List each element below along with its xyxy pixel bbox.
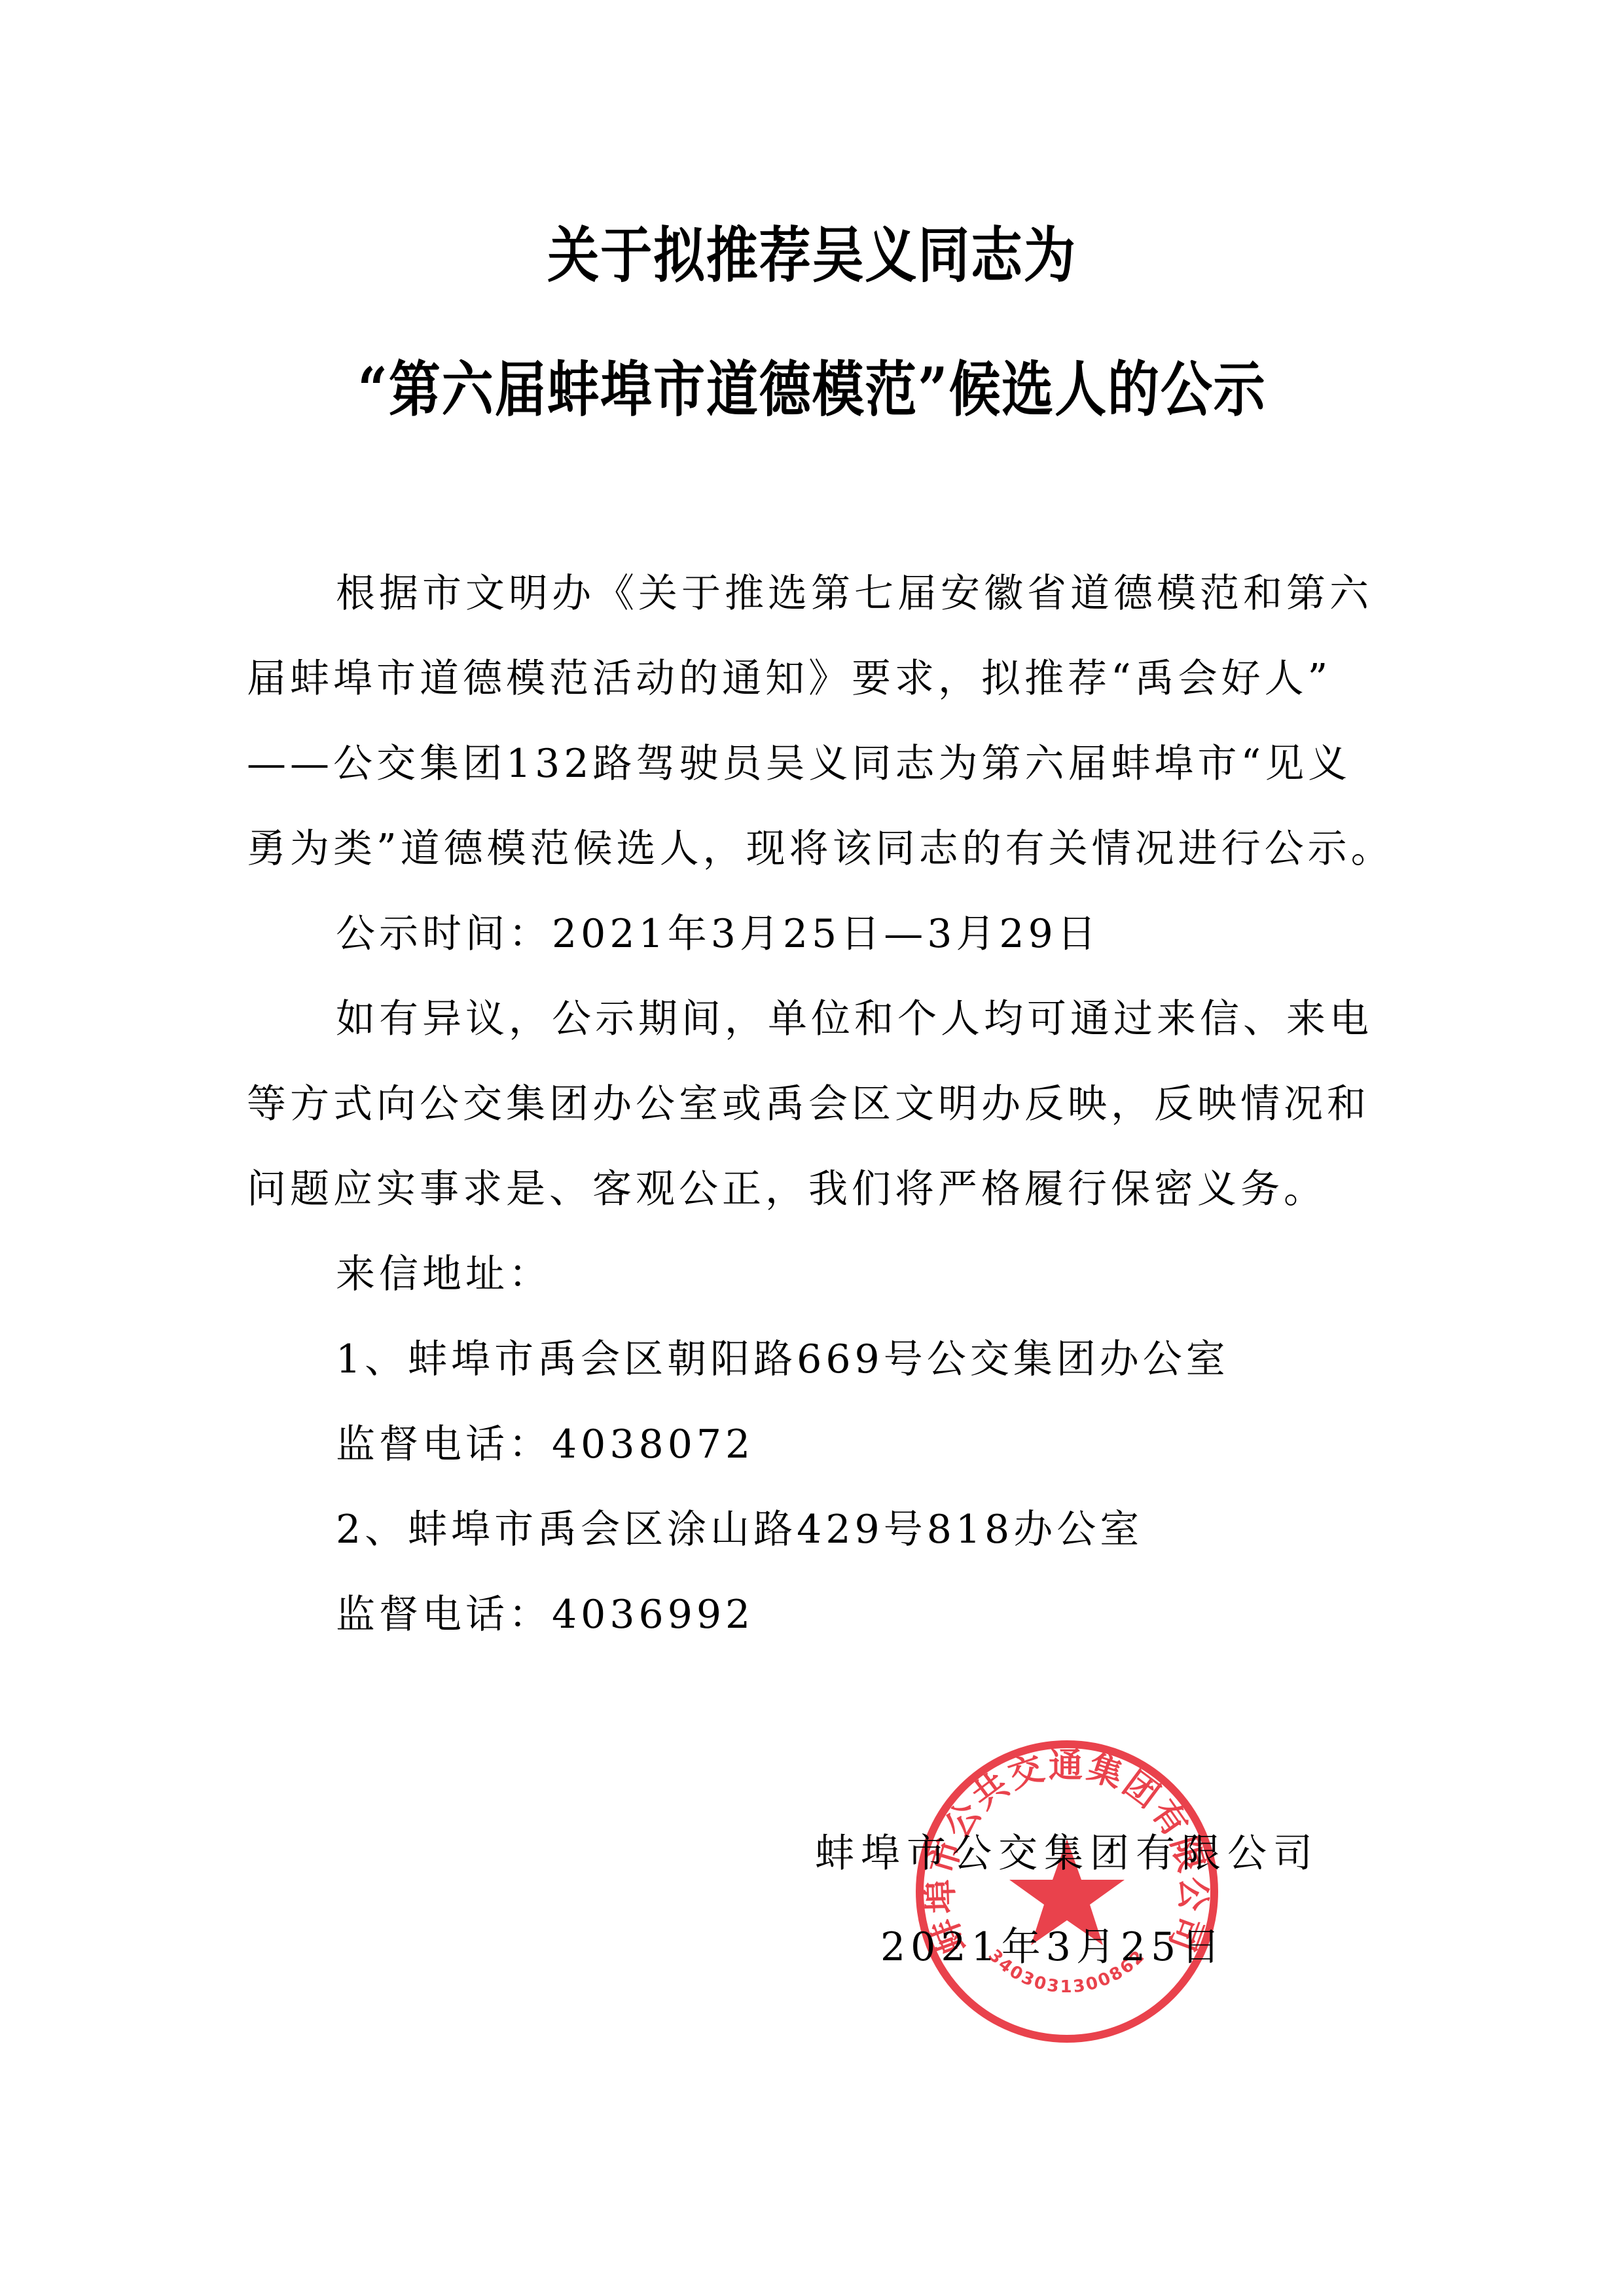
title-line-2: “第六届蚌埠市道德模范”候选人的公示: [114, 353, 1511, 425]
address-label: 来信地址：: [247, 1232, 1386, 1317]
publicity-period: 公示时间：2021年3月25日—3月29日: [247, 891, 1386, 977]
intro-line-1: 根据市文明办《关于推选第七届安徽省道德模范和第六: [247, 551, 1386, 636]
address-2: 2、蚌埠市禹会区涂山路429号818办公室: [247, 1487, 1386, 1572]
document-body: 根据市文明办《关于推选第七届安徽省道德模范和第六 届蚌埠市道德模范活动的通知》要…: [247, 551, 1386, 1657]
star-icon: [1009, 1839, 1125, 1945]
address-1: 1、蚌埠市禹会区朝阳路669号公交集团办公室: [247, 1317, 1386, 1402]
intro-line-2: 届蚌埠市道德模范活动的通知》要求，拟推荐“禹会好人”: [247, 636, 1386, 721]
objection-line-3: 问题应实事求是、客观公正，我们将严格履行保密义务。: [247, 1147, 1386, 1232]
seal-code: 3403031300862: [984, 1946, 1150, 1997]
intro-line-3: ——公交集团132路驾驶员吴义同志为第六届蚌埠市“见义: [247, 721, 1386, 806]
phone-2: 监督电话：4036992: [247, 1572, 1386, 1657]
official-seal: 蚌埠市公共交通集团有限公司 3403031300862: [910, 1734, 1224, 2049]
objection-line-1: 如有异议，公示期间，单位和个人均可通过来信、来电: [247, 977, 1386, 1062]
document-page: 关于拟推荐吴义同志为 “第六届蚌埠市道德模范”候选人的公示 根据市文明办《关于推…: [0, 0, 1624, 2296]
title-line-1: 关于拟推荐吴义同志为: [114, 219, 1511, 291]
svg-text:3403031300862: 3403031300862: [984, 1946, 1150, 1997]
intro-paragraph: 根据市文明办《关于推选第七届安徽省道德模范和第六 届蚌埠市道德模范活动的通知》要…: [247, 551, 1386, 891]
intro-line-4: 勇为类”道德模范候选人，现将该同志的有关情况进行公示。: [247, 806, 1386, 891]
objection-line-2: 等方式向公交集团办公室或禹会区文明办反映，反映情况和: [247, 1062, 1386, 1147]
phone-1: 监督电话：4038072: [247, 1402, 1386, 1487]
objection-paragraph: 如有异议，公示期间，单位和个人均可通过来信、来电 等方式向公交集团办公室或禹会区…: [247, 977, 1386, 1232]
